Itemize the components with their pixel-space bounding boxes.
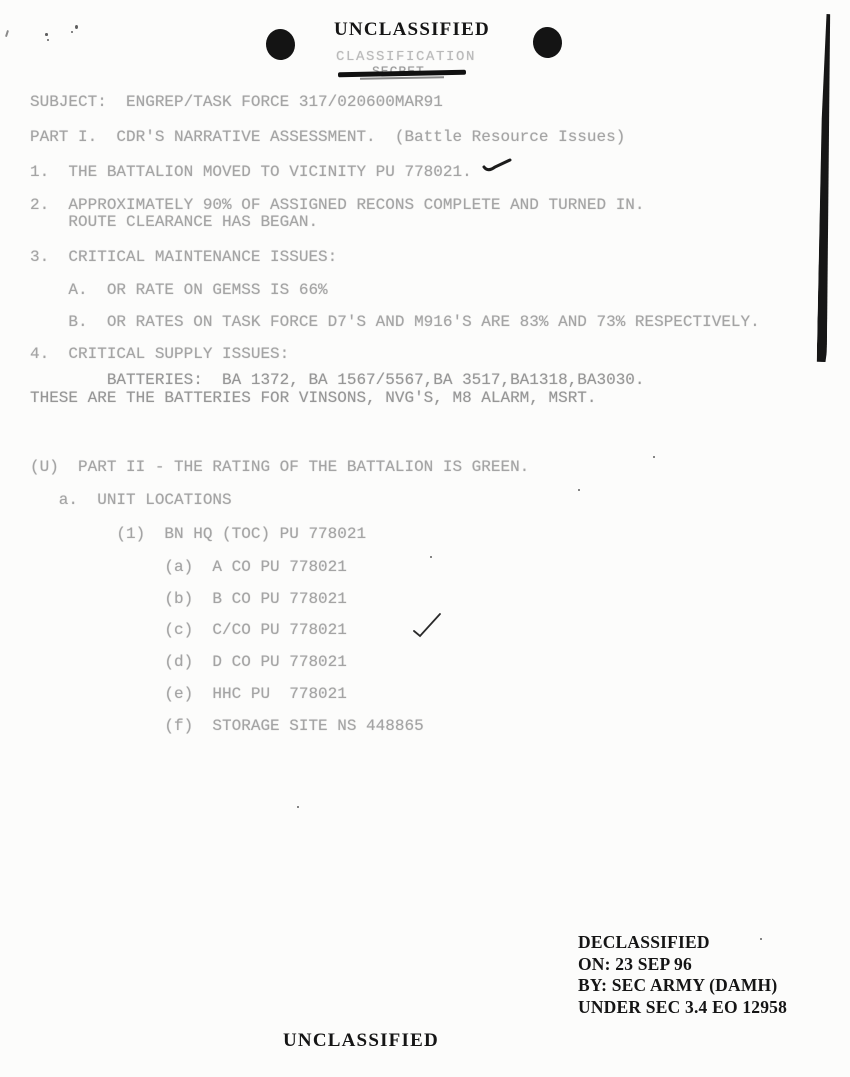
top-unclassified-label: UNCLASSIFIED	[334, 19, 490, 41]
scan-speck	[653, 456, 655, 458]
b-co-location-line: (b) B CO PU 778021	[30, 590, 347, 609]
c-co-location-line: (c) C/CO PU 778021	[30, 621, 347, 640]
stamp-title: DECLASSIFIED	[578, 932, 787, 954]
unit-locations-heading: a. UNIT LOCATIONS	[30, 491, 232, 510]
subject-line: SUBJECT: ENGREP/TASK FORCE 317/020600MAR…	[30, 93, 443, 112]
a-co-location-line: (a) A CO PU 778021	[30, 558, 347, 577]
bn-hq-location-line: (1) BN HQ (TOC) PU 778021	[30, 525, 366, 544]
storage-site-line: (f) STORAGE SITE NS 448865	[30, 717, 424, 736]
hhc-location-line: (e) HHC PU 778021	[30, 685, 347, 704]
scan-speck	[430, 556, 432, 558]
scan-speck	[75, 25, 78, 29]
scan-speck	[578, 489, 580, 491]
batteries-line: BATTERIES: BA 1372, BA 1567/5567,BA 3517…	[30, 371, 645, 390]
part1-heading: PART I. CDR'S NARRATIVE ASSESSMENT. (Bat…	[30, 128, 625, 147]
hole-punch-right-icon	[531, 25, 564, 60]
scan-speck	[297, 806, 299, 808]
stamp-under-line: UNDER SEC 3.4 EO 12958	[578, 997, 787, 1019]
bottom-unclassified-label: UNCLASSIFIED	[283, 1030, 439, 1052]
stamp-by-line: BY: SEC ARMY (DAMH)	[578, 975, 787, 997]
item-3b-line: B. OR RATES ON TASK FORCE D7'S AND M916'…	[30, 313, 760, 332]
d-co-location-line: (d) D CO PU 778021	[30, 653, 347, 672]
scan-speck	[71, 31, 73, 33]
struck-classification: SECRET	[338, 62, 468, 84]
checkmark-icon	[482, 157, 512, 175]
declassified-stamp: DECLASSIFIED ON: 23 SEP 96 BY: SEC ARMY …	[578, 932, 787, 1018]
item-1-line: 1. THE BATTALION MOVED TO VICINITY PU 77…	[30, 163, 472, 182]
scan-speck	[760, 938, 762, 940]
scan-speck	[45, 33, 48, 36]
scanned-document-page: UNCLASSIFIED CLASSIFICATION SECRET SUBJE…	[0, 0, 850, 1077]
batteries-continuation: THESE ARE THE BATTERIES FOR VINSONS, NVG…	[30, 389, 597, 408]
item-3-heading: 3. CRITICAL MAINTENANCE ISSUES:	[30, 248, 337, 267]
item-4-heading: 4. CRITICAL SUPPLY ISSUES:	[30, 345, 289, 364]
stamp-on-line: ON: 23 SEP 96	[578, 954, 787, 976]
item-3a-line: A. OR RATE ON GEMSS IS 66%	[30, 281, 328, 300]
scan-speck	[47, 39, 49, 41]
scan-artifact-streak	[817, 14, 834, 362]
checkmark-icon	[411, 612, 443, 640]
hole-punch-left-icon	[264, 27, 297, 62]
scan-speck	[5, 30, 9, 37]
item-2-continuation: ROUTE CLEARANCE HAS BEGAN.	[30, 213, 318, 232]
part2-heading: (U) PART II - THE RATING OF THE BATTALIO…	[30, 458, 529, 477]
